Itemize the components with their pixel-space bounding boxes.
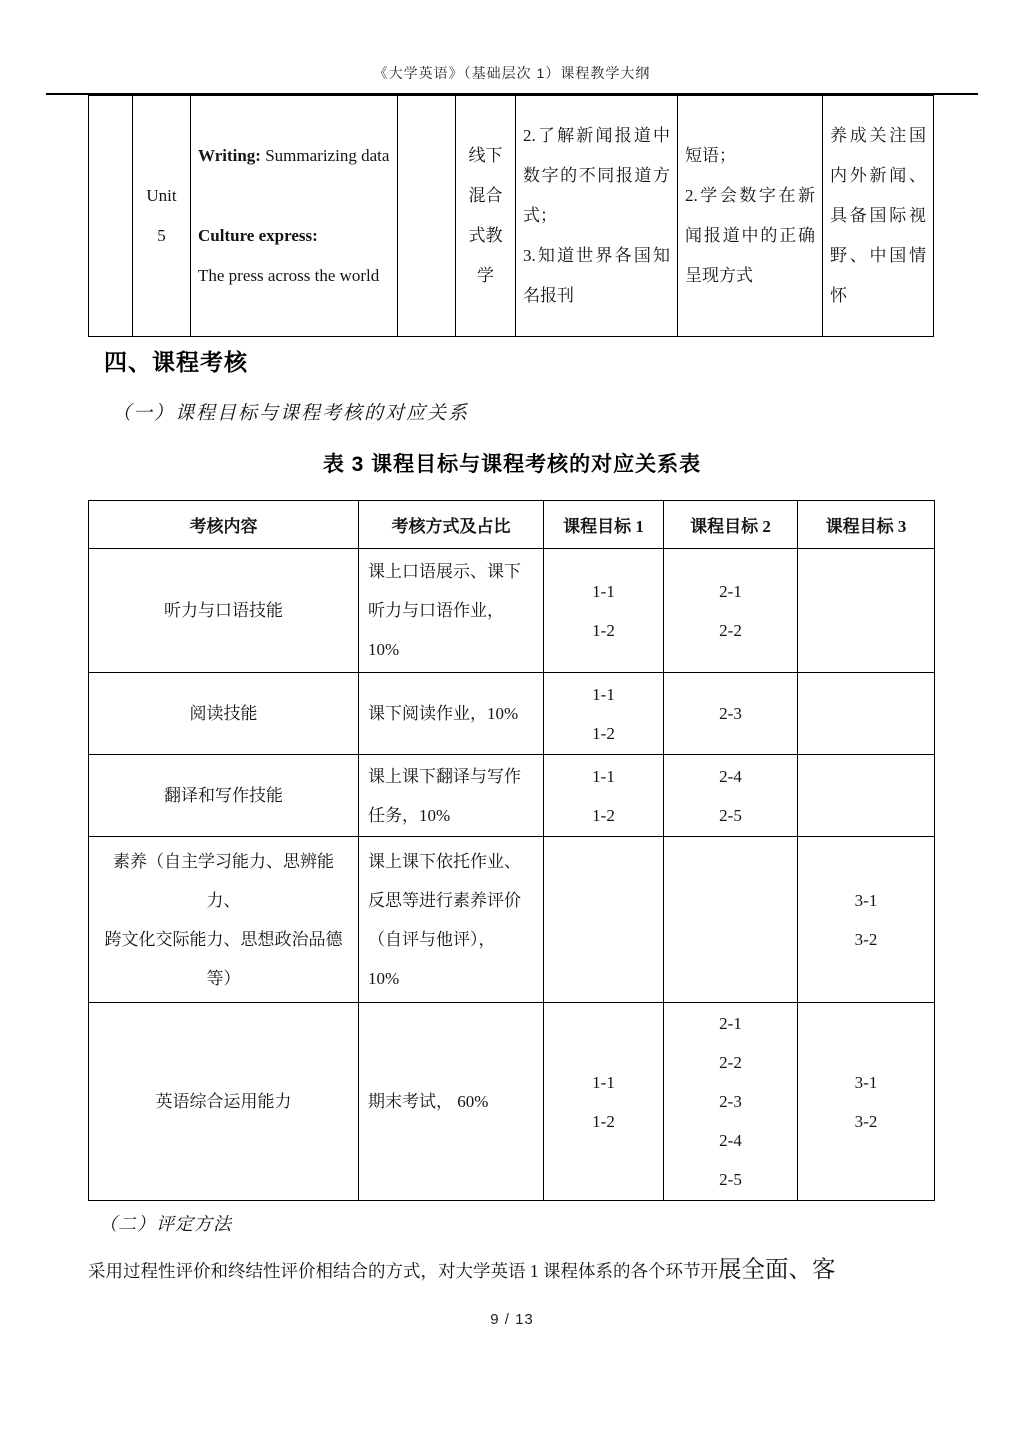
cell-goal3 [798, 549, 935, 673]
subsection-heading-mapping: （一）课程目标与课程考核的对应关系 [112, 398, 469, 425]
running-header-title: 《大学英语》（基础层次 1）课程教学大纲 [0, 63, 1024, 83]
cell-goal2: 2-1 2-2 2-3 2-4 2-5 [664, 1003, 798, 1201]
cell-goal1: 1-1 1-2 [544, 549, 664, 673]
cont-cell-teaching-content: Writing: Summarizing data Culture expres… [191, 96, 398, 337]
col-header-method: 考核方式及占比 [359, 501, 544, 549]
table-row: Unit 5 Writing: Summarizing data Culture… [89, 96, 934, 337]
col-header-goal3: 课程目标 3 [798, 501, 935, 549]
table-row: 听力与口语技能 课上口语展示、课下 听力与口语作业， 10% 1-1 1-2 2… [89, 549, 935, 673]
cont-cell-teaching-mode: 线下 混合 式教 学 [456, 96, 516, 337]
cell-goal1: 1-1 1-2 [544, 673, 664, 755]
culture-line: Culture express:The press across the wor… [198, 216, 390, 296]
cell-method: 课上课下依托作业、 反思等进行素养评价 （自评与他评）， 10% [359, 837, 544, 1003]
closing-paragraph: 采用过程性评价和终结性评价相结合的方式，对大学英语 1 课程体系的各个环节开展全… [88, 1248, 980, 1293]
cont-cell-unit: Unit 5 [133, 96, 191, 337]
cell-goal3: 3-1 3-2 [798, 1003, 935, 1201]
cell-goal2: 2-3 [664, 673, 798, 755]
cell-method: 期末考试， 60% [359, 1003, 544, 1201]
cell-method: 课下阅读作业，10% [359, 673, 544, 755]
col-header-goal1: 课程目标 1 [544, 501, 664, 549]
table-header-row: 考核内容 考核方式及占比 课程目标 1 课程目标 2 课程目标 3 [89, 501, 935, 549]
cell-goal3: 3-1 3-2 [798, 837, 935, 1003]
table-row: 阅读技能 课下阅读作业，10% 1-1 1-2 2-3 [89, 673, 935, 755]
unit5-continuation-table: Unit 5 Writing: Summarizing data Culture… [88, 95, 934, 337]
writing-text: Summarizing data [265, 146, 389, 165]
cell-method: 课上口语展示、课下 听力与口语作业， 10% [359, 549, 544, 673]
cell-content: 翻译和写作技能 [89, 755, 359, 837]
cont-cell-ability-goals: 短语； 2.学会数字在新闻报道中的正确呈现方式 [678, 96, 823, 337]
cell-content: 听力与口语技能 [89, 549, 359, 673]
cell-goal2: 2-4 2-5 [664, 755, 798, 837]
cont-cell-quality-goals: 养成关注国内外新闻、具备国际视野、中国情怀 [823, 96, 934, 337]
cell-method: 课上课下翻译与写作 任务，10% [359, 755, 544, 837]
cell-goal2: 2-1 2-2 [664, 549, 798, 673]
cell-content: 英语综合运用能力 [89, 1003, 359, 1201]
cont-cell-knowledge-goals: 2.了解新闻报道中数字的不同报道方式； 3.知道世界各国知名报刊 [516, 96, 678, 337]
writing-label: Writing: [198, 146, 261, 165]
cell-goal1: 1-1 1-2 [544, 755, 664, 837]
writing-line: Writing: Summarizing data [198, 136, 390, 176]
cell-goal3 [798, 755, 935, 837]
cell-goal3 [798, 673, 935, 755]
cell-content: 阅读技能 [89, 673, 359, 755]
cell-goal1: 1-1 1-2 [544, 1003, 664, 1201]
col-header-goal2: 课程目标 2 [664, 501, 798, 549]
table-row: 翻译和写作技能 课上课下翻译与写作 任务，10% 1-1 1-2 2-4 2-5 [89, 755, 935, 837]
assessment-mapping-table: 考核内容 考核方式及占比 课程目标 1 课程目标 2 课程目标 3 听力与口语技… [88, 500, 935, 1201]
table-row: 英语综合运用能力 期末考试， 60% 1-1 1-2 2-1 2-2 2-3 2… [89, 1003, 935, 1201]
closing-paragraph-normal: 采用过程性评价和终结性评价相结合的方式，对大学英语 1 课程体系的各个环节开 [88, 1261, 718, 1281]
closing-paragraph-large: 展全面、客 [718, 1257, 836, 1283]
culture-label: Culture express: [198, 216, 390, 256]
culture-text: The press across the world [198, 266, 379, 285]
cell-goal2 [664, 837, 798, 1003]
col-header-content: 考核内容 [89, 501, 359, 549]
section-heading-assessment: 四、课程考核 [104, 344, 248, 377]
page-number: 9 / 13 [0, 1311, 1024, 1328]
subsection-heading-evaluation-method: （二）评定方法 [99, 1210, 232, 1236]
cont-cell-empty-left [89, 96, 133, 337]
cell-goal1 [544, 837, 664, 1003]
table-row: 素养（自主学习能力、思辨能 力、 跨文化交际能力、思想政治品德 等） 课上课下依… [89, 837, 935, 1003]
document-page: 《大学英语》（基础层次 1）课程教学大纲 Unit 5 Writing: Sum… [0, 0, 1024, 1447]
table3-title: 表 3 课程目标与课程考核的对应关系表 [0, 448, 1024, 478]
cell-content: 素养（自主学习能力、思辨能 力、 跨文化交际能力、思想政治品德 等） [89, 837, 359, 1003]
cont-cell-empty-hours [398, 96, 456, 337]
